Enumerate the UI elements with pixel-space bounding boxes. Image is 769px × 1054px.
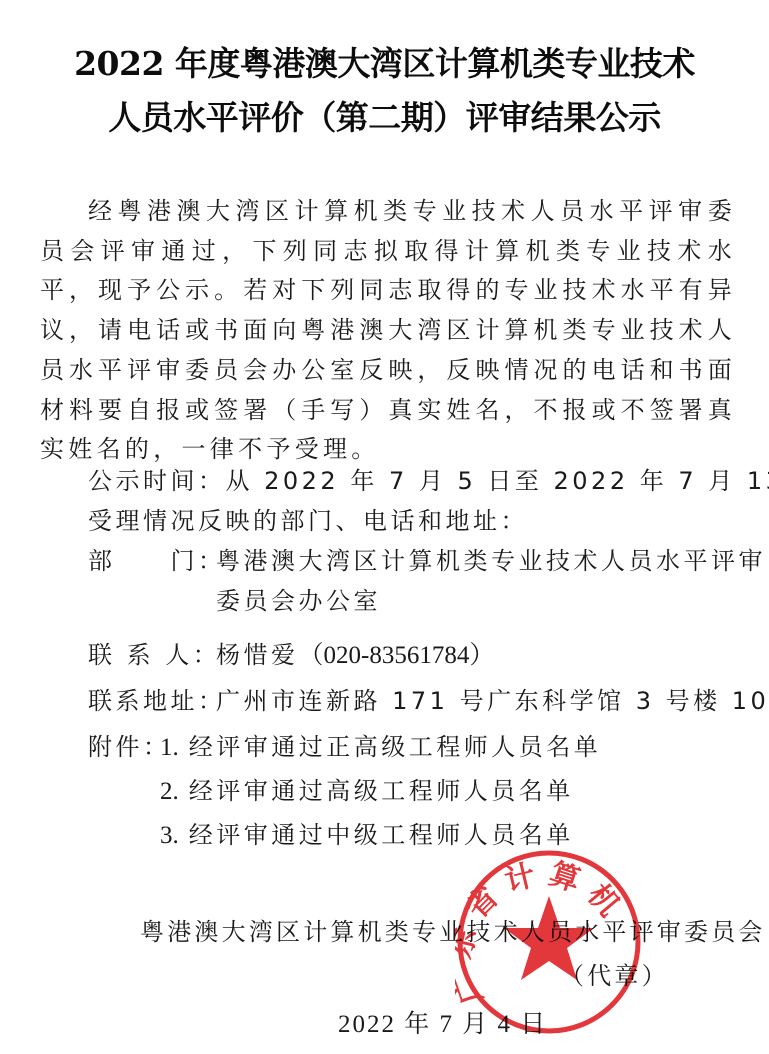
address-value: 广州市连新路 171 号广东科学馆 3 号楼 104 室 bbox=[216, 687, 769, 715]
publicity-period: 公示时间：从 2022 年 7 月 5 日至 2022 年 7 月 13 日止。 bbox=[88, 462, 769, 500]
attachment-item: 经评审通过高级工程师人员名单 bbox=[189, 777, 574, 805]
official-seal-stamp-icon: 广东省计算机 bbox=[455, 848, 643, 1036]
address-row: 联系地址：广州市连新路 171 号广东科学馆 3 号楼 104 室 bbox=[88, 682, 769, 720]
contact-person-row: 联 系 人：杨惜爱（020-83561784） bbox=[88, 636, 494, 675]
attachment-item: 经评审通过正高级工程师人员名单 bbox=[189, 733, 602, 761]
address-label: 联系地址： bbox=[88, 682, 216, 720]
department-label: 部 门： bbox=[88, 542, 216, 580]
contact-heading: 受理情况反映的部门、电话和地址： bbox=[88, 502, 528, 540]
signature-organization: 粤港澳大湾区计算机类专业技术人员水平评审委员会 bbox=[140, 912, 766, 947]
attachment-number: 2. bbox=[160, 778, 179, 805]
document-title-line-2: 人员水平评价（第二期）评审结果公示 bbox=[0, 92, 769, 139]
contact-person-name: 杨惜爱 bbox=[216, 641, 299, 669]
department-row: 部 门：粤港澳大湾区计算机类专业技术人员水平评审 bbox=[88, 542, 766, 580]
star-icon bbox=[504, 896, 594, 980]
attachment-item: 经评审通过中级工程师人员名单 bbox=[189, 821, 574, 849]
department-value-line2: 委员会办公室 bbox=[216, 582, 381, 620]
attachment-number: 1. bbox=[160, 734, 179, 761]
contact-person-label: 联 系 人： bbox=[88, 636, 216, 674]
attachments-row-2: 2.经评审通过高级工程师人员名单 bbox=[160, 772, 574, 811]
attachments-label: 附件： bbox=[88, 728, 160, 766]
document-title-line-1: 2022 年度粤港澳大湾区计算机类专业技术 bbox=[0, 38, 769, 85]
attachments-row-1: 附件：1.经评审通过正高级工程师人员名单 bbox=[88, 728, 601, 767]
department-value-line1: 粤港澳大湾区计算机类专业技术人员水平评审 bbox=[216, 547, 766, 575]
attachment-number: 3. bbox=[160, 822, 179, 849]
contact-phone: （020-83561784） bbox=[299, 642, 495, 669]
intro-paragraph: 经粤港澳大湾区计算机类专业技术人员水平评审委员会评审通过，下列同志拟取得计算机类… bbox=[40, 192, 736, 470]
